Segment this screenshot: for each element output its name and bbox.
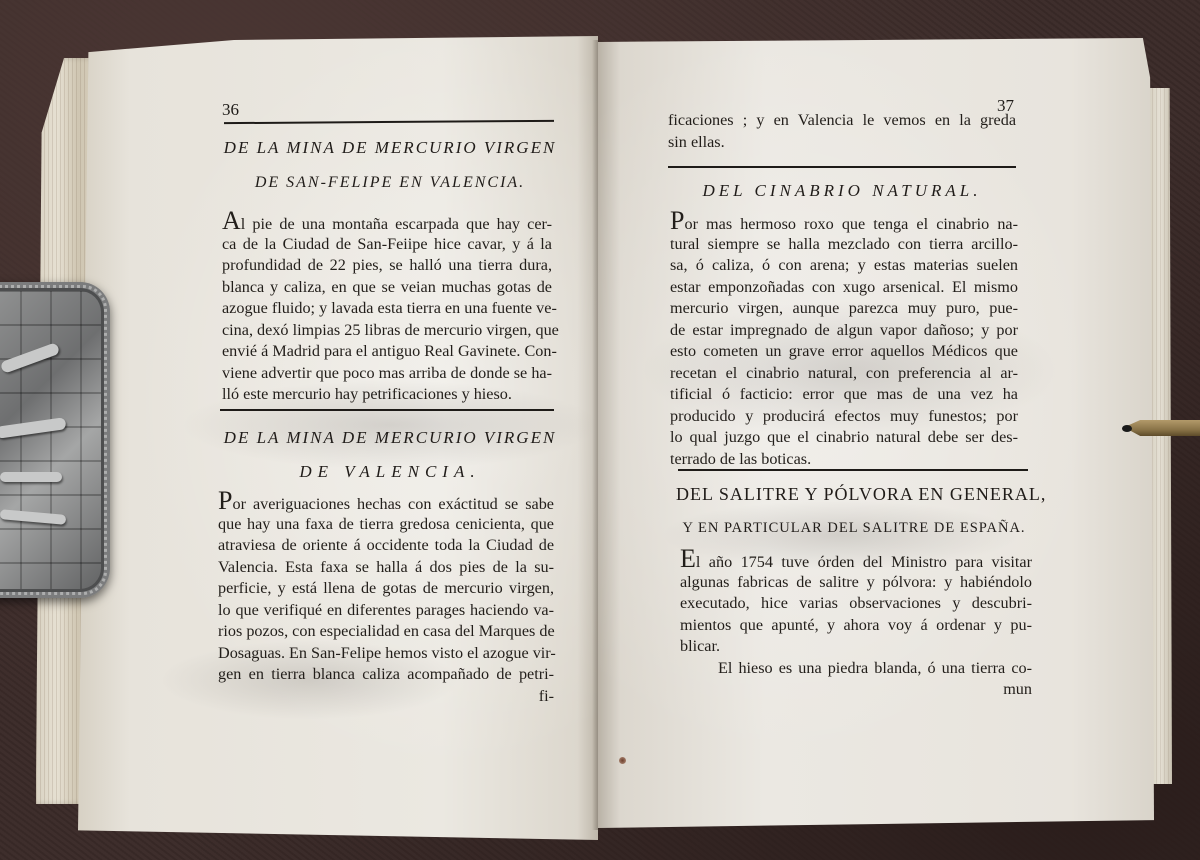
paragraph-block: Al pie de una montaña escarpada que hay … [222, 212, 552, 406]
drop-cap: A [222, 206, 241, 235]
open-book: 36 DE LA MINA DE MERCURIO VIRGEN DE SAN-… [0, 0, 1200, 860]
drop-cap: P [218, 486, 232, 515]
foxing-stain [619, 757, 626, 764]
drop-cap: E [680, 544, 696, 573]
page-number-left: 36 [222, 100, 239, 120]
section-heading: DEL SALITRE Y PÓLVORA EN GENERAL, [676, 484, 1032, 505]
section-heading: DEL CINABRIO NATURAL. [668, 181, 1016, 201]
buckle-relief [0, 417, 66, 439]
paragraph-block: Por mas hermoso roxo que tenga el cinabr… [670, 212, 1018, 470]
section-rule [220, 409, 554, 411]
paragraph-continuation: ficaciones ; y en Valencia le vemos en l… [668, 110, 1016, 153]
buckle-relief [0, 342, 60, 374]
section-heading: DE LA MINA DE MERCURIO VIRGEN [220, 138, 560, 158]
drop-cap: P [670, 206, 684, 235]
catchword: fi- [218, 686, 554, 708]
section-subheading: Y EN PARTICULAR DEL SALITRE DE ESPAÑA. [676, 520, 1032, 537]
paragraph-block: Por averiguaciones hechas con exáctitud … [218, 492, 554, 707]
section-subheading: DE VALENCIA. [220, 462, 560, 482]
pewter-buckle-icon [0, 282, 110, 598]
section-rule [678, 469, 1028, 471]
buckle-relief [0, 509, 66, 525]
catchword: mun [680, 679, 1032, 701]
buckle-relief [0, 472, 62, 482]
paragraph-block: El año 1754 tuve órden del Ministro para… [680, 550, 1032, 701]
section-subheading: DE SAN-FELIPE EN VALENCIA. [220, 174, 560, 192]
section-heading: DE LA MINA DE MERCURIO VIRGEN [220, 428, 560, 448]
section-rule [668, 166, 1016, 168]
pen-tip [1122, 425, 1132, 432]
